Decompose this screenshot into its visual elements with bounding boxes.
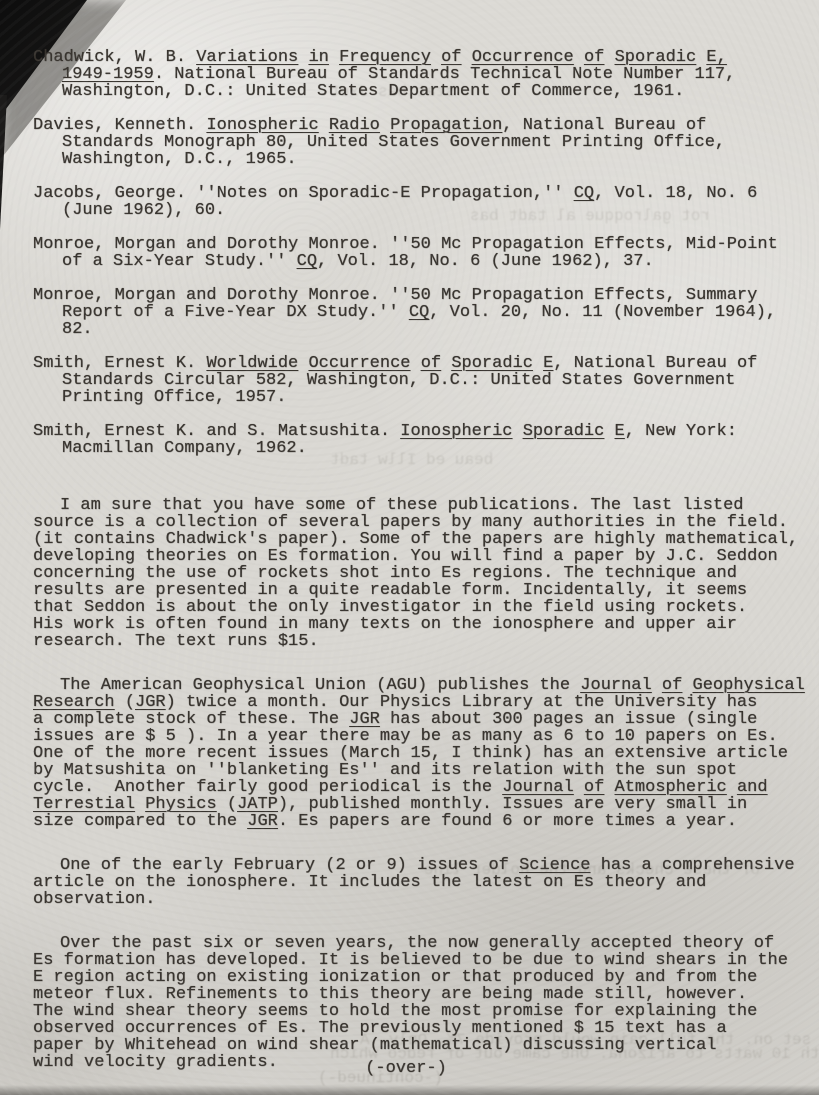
over-label: (-over-): [33, 1060, 803, 1077]
bibliography-entry: Davies, Kenneth. Ionospheric Radio Propa…: [33, 117, 803, 168]
text-line: by Matsushita on ''blanketing Es'' and i…: [33, 762, 803, 779]
text-line: 1949-1959. National Bureau of Standards …: [33, 66, 803, 83]
text-line: The American Geophysical Union (AGU) pub…: [33, 677, 803, 694]
text-line: One of the early February (2 or 9) issue…: [33, 857, 803, 874]
bibliography-entry: Jacobs, George. ''Notes on Sporadic-E Pr…: [33, 185, 803, 219]
text-line: Washington, D.C., 1965.: [33, 151, 803, 168]
text-line: Over the past six or seven years, the no…: [33, 935, 803, 952]
text-line: developing theories on Es formation. You…: [33, 548, 803, 565]
text-line: research. The text runs $15.: [33, 633, 803, 650]
text-line: cycle. Another fairly good periodical is…: [33, 779, 803, 796]
text-line: Standards Monograph 80, United States Go…: [33, 134, 803, 151]
text-line: observation.: [33, 891, 803, 908]
text-line: article on the ionosphere. It includes t…: [33, 874, 803, 891]
bibliography-entry: Monroe, Morgan and Dorothy Monroe. ''50 …: [33, 236, 803, 270]
text-line: Chadwick, W. B. Variations in Frequency …: [33, 49, 803, 66]
text-line: source is a collection of several papers…: [33, 514, 803, 531]
scan-bottom-edge: [0, 1085, 819, 1095]
text-line: Monroe, Morgan and Dorothy Monroe. ''50 …: [33, 236, 803, 253]
text-line: size compared to the JGR. Es papers are …: [33, 813, 803, 830]
text-line: results are presented in a quite readabl…: [33, 582, 803, 599]
text-line: Standards Circular 582, Washington, D.C.…: [33, 372, 803, 389]
page-edge-artifact: [0, 95, 7, 230]
text-line: that Seddon is about the only investigat…: [33, 599, 803, 616]
scanned-document-page: stat bas Jxet rot galroqque al tadt bas …: [0, 0, 819, 1095]
text-line: I am sure that you have some of these pu…: [33, 497, 803, 514]
paragraph: I am sure that you have some of these pu…: [33, 497, 803, 650]
text-line: His work is often found in many texts on…: [33, 616, 803, 633]
text-line: observed occurrences of Es. The previous…: [33, 1020, 803, 1037]
text-line: Washington, D.C.: United States Departme…: [33, 83, 803, 100]
text-line: Monroe, Morgan and Dorothy Monroe. ''50 …: [33, 287, 803, 304]
text-line: Smith, Ernest K. Worldwide Occurrence of…: [33, 355, 803, 372]
bibliography-entry: Chadwick, W. B. Variations in Frequency …: [33, 49, 803, 100]
text-line: 82.: [33, 321, 803, 338]
text-line: Smith, Ernest K. and S. Matsushita. Iono…: [33, 423, 803, 440]
text-line: Es formation has developed. It is believ…: [33, 952, 803, 969]
document-body: Chadwick, W. B. Variations in Frequency …: [33, 49, 803, 1095]
bibliography-entry: Smith, Ernest K. and S. Matsushita. Iono…: [33, 423, 803, 457]
text-line: (it contains Chadwick's paper). Some of …: [33, 531, 803, 548]
text-line: Report of a Five-Year DX Study.'' CQ, Vo…: [33, 304, 803, 321]
text-line: Research (JGR) twice a month. Our Physic…: [33, 694, 803, 711]
bibliography-entry: Smith, Ernest K. Worldwide Occurrence of…: [33, 355, 803, 406]
text-line: concerning the use of rockets shot into …: [33, 565, 803, 582]
page-footer: (-over-): [33, 1041, 803, 1077]
text-line: The wind shear theory seems to hold the …: [33, 1003, 803, 1020]
paragraph: The American Geophysical Union (AGU) pub…: [33, 677, 803, 830]
text-line: of a Six-Year Study.'' CQ, Vol. 18, No. …: [33, 253, 803, 270]
paragraph: One of the early February (2 or 9) issue…: [33, 857, 803, 908]
text-line: (June 1962), 60.: [33, 202, 803, 219]
text-line: E region acting on existing ionization o…: [33, 969, 803, 986]
text-line: Macmillan Company, 1962.: [33, 440, 803, 457]
text-line: meteor flux. Refinements to this theory …: [33, 986, 803, 1003]
bibliography-entry: Monroe, Morgan and Dorothy Monroe. ''50 …: [33, 287, 803, 338]
text-line: Davies, Kenneth. Ionospheric Radio Propa…: [33, 117, 803, 134]
text-line: a complete stock of these. The JGR has a…: [33, 711, 803, 728]
text-line: One of the more recent issues (March 15,…: [33, 745, 803, 762]
text-line: Jacobs, George. ''Notes on Sporadic-E Pr…: [33, 185, 803, 202]
text-line: issues are $ 5 ). In a year there may be…: [33, 728, 803, 745]
text-line: Terrestial Physics (JATP), published mon…: [33, 796, 803, 813]
text-line: Printing Office, 1957.: [33, 389, 803, 406]
